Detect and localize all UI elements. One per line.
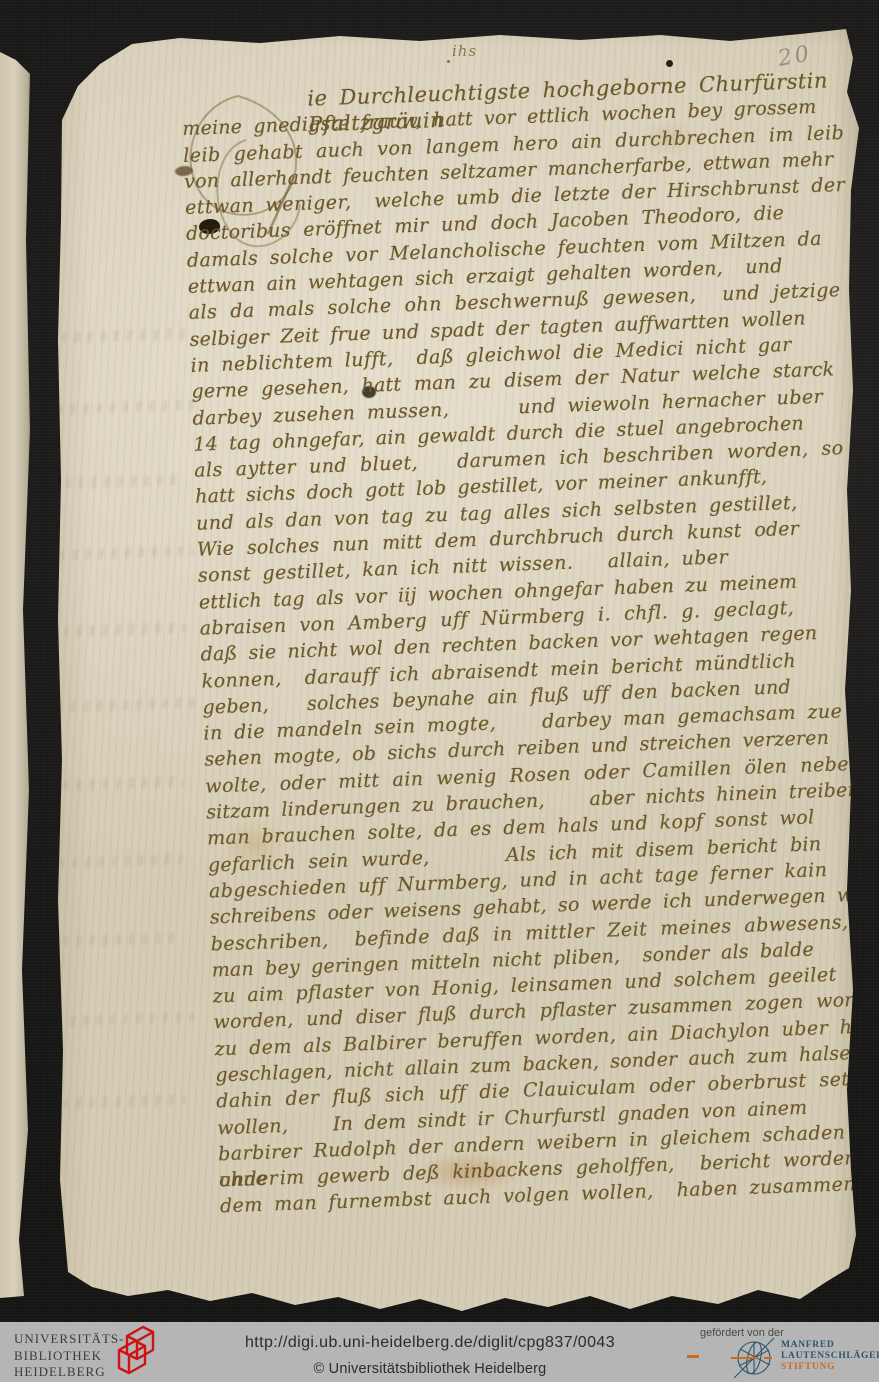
manuscript-line: in die mandeln sein mogte, darbey man ge… <box>203 697 879 747</box>
manuscript-line: schreibens oder weisens gehabt, so werde… <box>209 881 879 931</box>
copyright-line: © Universitätsbibliothek Heidelberg <box>200 1361 660 1377</box>
manuscript-line: konnen, darauff ich abraisendt mein beri… <box>201 644 879 694</box>
manuscript-line: dem man furnembst auch volgen wollen, ha… <box>220 1170 879 1220</box>
manuscript-line: darbey zusehen mussen, und wiewoln herna… <box>192 381 879 431</box>
manuscript-line: meine gnedigste frauw, hatt vor ettlich … <box>182 92 874 142</box>
bleedthrough-mark <box>64 622 186 637</box>
bleedthrough-mark <box>58 698 196 713</box>
manuscript-line: geschlagen, nicht allain zum backen, son… <box>215 1038 879 1088</box>
manuscript-line: ettlich tag als vor iij wochen ohngefar … <box>198 565 879 615</box>
manuscript-line: barbirer Rudolph der andern weibern in g… <box>218 1117 879 1167</box>
library-name-line: BIBLIOTHEK <box>14 1348 125 1365</box>
footer-caption: http://digi.ub.uni-heidelberg.de/diglit/… <box>200 1322 660 1377</box>
manuscript-page: ihs 20 ie Durchleuchtigste hochgeborne C… <box>0 0 879 1382</box>
folio-number: 20 <box>776 41 814 72</box>
ink-blot <box>199 219 220 234</box>
manuscript-line: geben, solches beynahe ain fluß uff den … <box>202 670 879 720</box>
manuscript-line: man bey geringen mitteln nicht pliben, s… <box>211 933 879 983</box>
funder-line: MANFRED <box>781 1340 879 1351</box>
viewer-footer: UNIVERSITÄTS-BIBLIOTHEKHEIDELBERG http:/… <box>0 1322 879 1382</box>
manuscript-line: sonst gestillet, kan ich nitt wissen. al… <box>198 539 879 589</box>
manuscript-line: gefarlich sein wurde, Als ich mit disem … <box>208 828 879 878</box>
paper-stain <box>222 818 288 870</box>
manuscript-line: beschriben, befinde daß in mittler Zeit … <box>210 907 879 957</box>
ink-blot <box>174 165 193 177</box>
manuscript-line: hatt sichs doch gott lob gestillet, vor … <box>195 460 879 510</box>
manuscript-line: und als dan von tag zu tag alles sich se… <box>196 486 879 536</box>
manuscript-line: in neblichtem lufft, daß gleichwol die M… <box>190 329 879 379</box>
ink-dot <box>447 60 450 63</box>
digitized-manuscript-viewer: ihs 20 ie Durchleuchtigste hochgeborne C… <box>0 0 879 1382</box>
manuscript-line: gerne gesehen, hatt man zu disem der Nat… <box>191 355 879 405</box>
library-name: UNIVERSITÄTS-BIBLIOTHEKHEIDELBERG <box>14 1331 125 1381</box>
manuscript-line: zu dem als Balbirer beruffen worden, ain… <box>214 1012 879 1062</box>
manuscript-line: damals solche vor Melancholische feuchte… <box>187 224 879 274</box>
source-url: http://digi.ub.uni-heidelberg.de/diglit/… <box>200 1334 660 1352</box>
manuscript-line: abraisen von Amberg uff Nürmberg i. chfl… <box>199 591 879 641</box>
manuscript-line: Wie solches nun mitt dem durchbruch durc… <box>197 513 879 563</box>
funder-line: STIFTUNG <box>781 1362 879 1373</box>
bleedthrough-mark <box>60 546 194 561</box>
paper-stain <box>415 1152 525 1192</box>
ihs-monogram: ihs <box>452 42 477 60</box>
manuscript-line: wollen, In dem sindt ir Churfurstl gnade… <box>217 1091 879 1141</box>
manuscript-line: leib gehabt auch von langem hero ain dur… <box>183 118 875 168</box>
manuscript-line: daß sie nicht wol den rechten backen vor… <box>200 618 879 668</box>
manuscript-line: als da mals solche ohn beschwernuß gewes… <box>188 276 879 326</box>
bleedthrough-mark <box>64 1094 186 1109</box>
bleedthrough-mark <box>62 328 190 343</box>
manuscript-line: als aytter und bluet, darumen ich beschr… <box>194 434 879 484</box>
bleedthrough-mark <box>66 474 184 489</box>
manuscript-line: dahin der fluß sich uff die Clauiculam o… <box>216 1065 879 1115</box>
manuscript-line: ettwan ain wehtagen sich erzaigt gehalte… <box>187 250 879 300</box>
funder-name: MANFRED LAUTENSCHLÄGER STIFTUNG <box>781 1340 879 1373</box>
funder-line: LAUTENSCHLÄGER <box>781 1351 879 1362</box>
manuscript-line: worden, und diser fluß durch pflaster zu… <box>213 986 879 1036</box>
manuscript-line: von allerhandt feuchten seltzamer manche… <box>184 145 876 195</box>
ink-dot <box>666 60 673 67</box>
bleedthrough-mark <box>64 932 182 947</box>
bleedthrough-mark <box>58 1012 194 1027</box>
manuscript-line: abgeschieden uff Nurmberg, und in acht t… <box>209 854 879 904</box>
manuscript-line: ohne im gewerb deß kinbackens geholffen,… <box>219 1143 879 1193</box>
ub-heidelberg-logo-icon <box>113 1324 161 1380</box>
manuscript-line: ettwan weniger, welche umb die letzte de… <box>185 171 877 221</box>
manuscript-line: selbiger Zeit frue und spadt der tagten … <box>189 302 879 352</box>
initial-letter-flourish <box>168 76 328 276</box>
ink-blot <box>362 386 376 398</box>
manuscript-line: 14 tag ohngefar, ain gewaldt durch die s… <box>193 408 879 458</box>
manuscript-line: wolte, oder mitt ain wenig Rosen oder Ca… <box>205 749 879 799</box>
bleedthrough-mark <box>58 400 198 415</box>
underlying-page-edge <box>0 50 32 1298</box>
manuscript-line: man brauchen solte, da es dem hals und k… <box>207 802 879 852</box>
dash-mark <box>687 1355 699 1358</box>
library-name-line: UNIVERSITÄTS- <box>14 1331 125 1348</box>
manuscript-text: ie Durchleuchtigste hochgeborne Churfürs… <box>181 66 879 1220</box>
library-name-line: HEIDELBERG <box>14 1364 125 1381</box>
bleedthrough-mark <box>60 854 192 869</box>
manuscript-line: doctoribus eröffnet mir und doch Jacoben… <box>186 197 878 247</box>
manuscript-line: sehen mogte, ob sichs durch reiben und s… <box>204 723 879 773</box>
paper-stain <box>640 120 700 156</box>
lautenschlaeger-globe-icon <box>731 1335 777 1381</box>
manuscript-line: sitzam linderungen zu brauchen, aber nic… <box>206 775 879 825</box>
bleedthrough-mark <box>64 776 184 791</box>
manuscript-line: zu aim pflaster von Honig, leinsamen und… <box>212 959 879 1009</box>
manuscript-line: ie Durchleuchtigste hochgeborne Churfürs… <box>181 66 873 116</box>
